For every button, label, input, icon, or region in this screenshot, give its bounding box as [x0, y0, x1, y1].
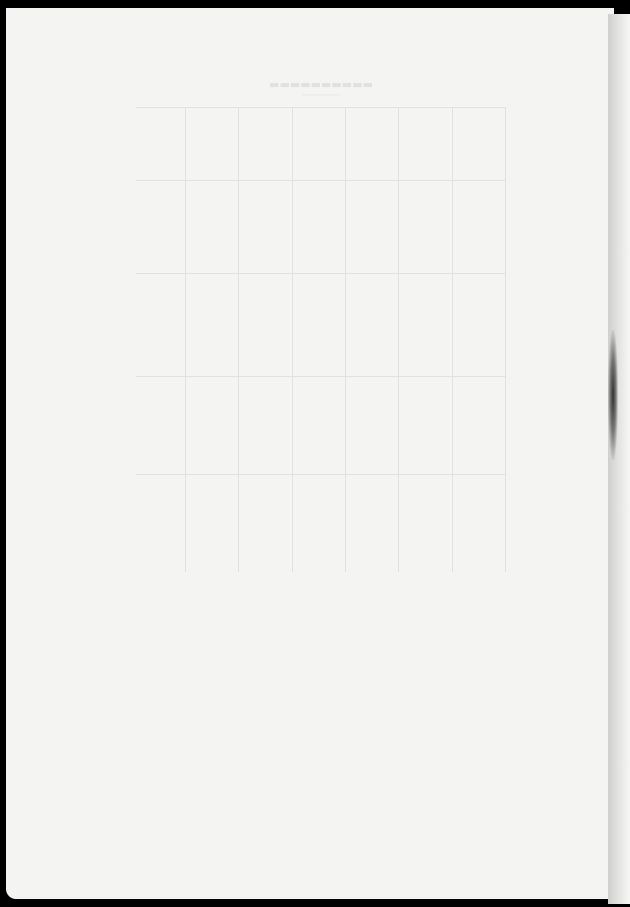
show-through-ghost-text: ▬▬▬▬▬▬▬▬▬▬ ───────: [136, 78, 506, 578]
binding-shadow: [608, 330, 618, 460]
ghost-subtitle: ───────: [136, 91, 506, 101]
ghost-table: [136, 107, 506, 572]
ghost-title: ▬▬▬▬▬▬▬▬▬▬: [136, 78, 506, 91]
scanned-page: ▬▬▬▬▬▬▬▬▬▬ ───────: [6, 8, 614, 899]
